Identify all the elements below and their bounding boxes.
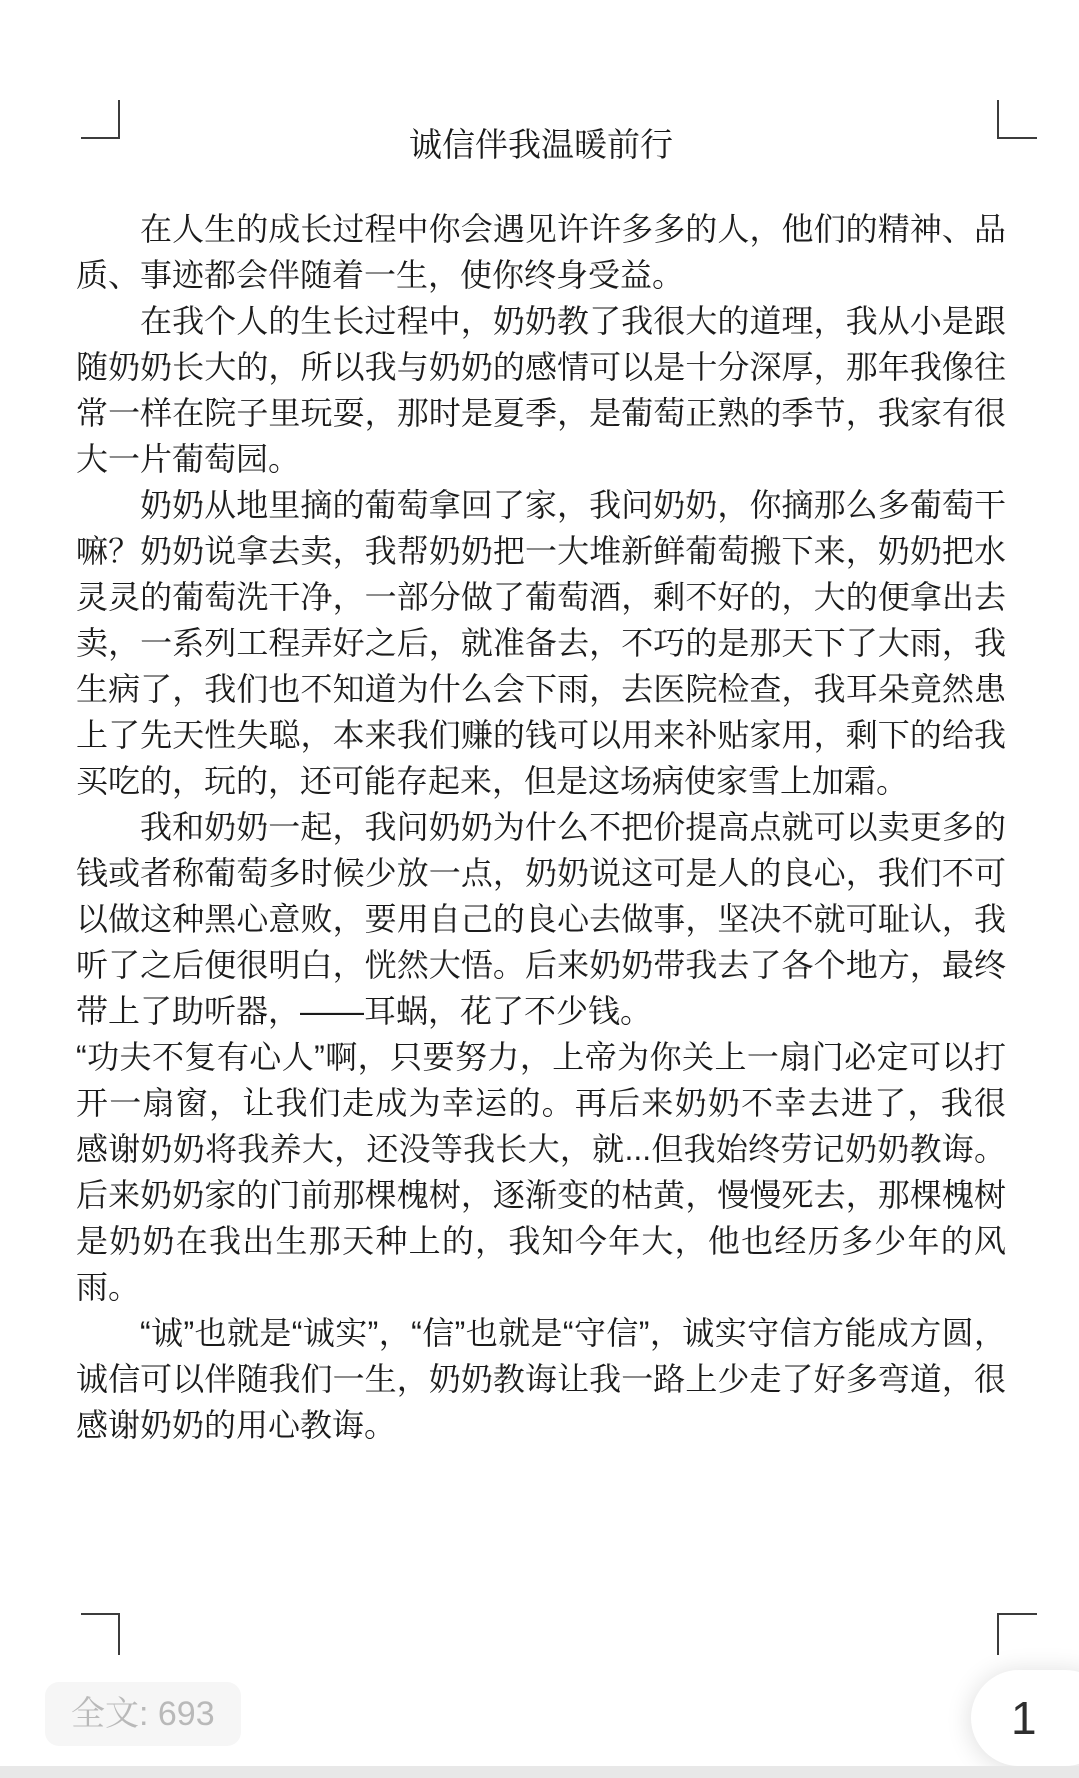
document-body[interactable]: 诚信伴我温暖前行 在人生的成长过程中你会遇见许许多多的人，他们的精神、品质、事迹…	[76, 124, 1006, 1448]
page-number-pill[interactable]: 1	[971, 1670, 1079, 1766]
crop-mark-bottom-left-icon	[81, 1613, 120, 1655]
essay-paragraph: “功夫不复有心人”啊，只要努力，上帝为你关上一扇门必定可以打开一扇窗，让我们走成…	[76, 1034, 1006, 1310]
bottom-edge-bar	[0, 1766, 1079, 1778]
document-page: 诚信伴我温暖前行 在人生的成长过程中你会遇见许许多多的人，他们的精神、品质、事迹…	[0, 0, 1079, 1778]
essay-paragraph: 奶奶从地里摘的葡萄拿回了家，我问奶奶，你摘那么多葡萄干嘛？奶奶说拿去卖，我帮奶奶…	[76, 482, 1006, 804]
essay-paragraph: 在我个人的生长过程中，奶奶教了我很大的道理，我从小是跟随奶奶长大的，所以我与奶奶…	[76, 298, 1006, 482]
page-title: 诚信伴我温暖前行	[76, 124, 1006, 166]
crop-mark-bottom-right-icon	[997, 1613, 1037, 1655]
word-count-badge: 全文: 693	[45, 1682, 241, 1746]
essay-paragraph: 我和奶奶一起，我问奶奶为什么不把价提高点就可以卖更多的钱或者称葡萄多时候少放一点…	[76, 804, 1006, 1034]
essay-paragraph: 在人生的成长过程中你会遇见许许多多的人，他们的精神、品质、事迹都会伴随着一生，使…	[76, 206, 1006, 298]
page-number: 1	[1011, 1695, 1037, 1741]
essay-paragraph: “诚”也就是“诚实”，“信”也就是“守信”，诚实守信方能成方圆，诚信可以伴随我们…	[76, 1310, 1006, 1448]
